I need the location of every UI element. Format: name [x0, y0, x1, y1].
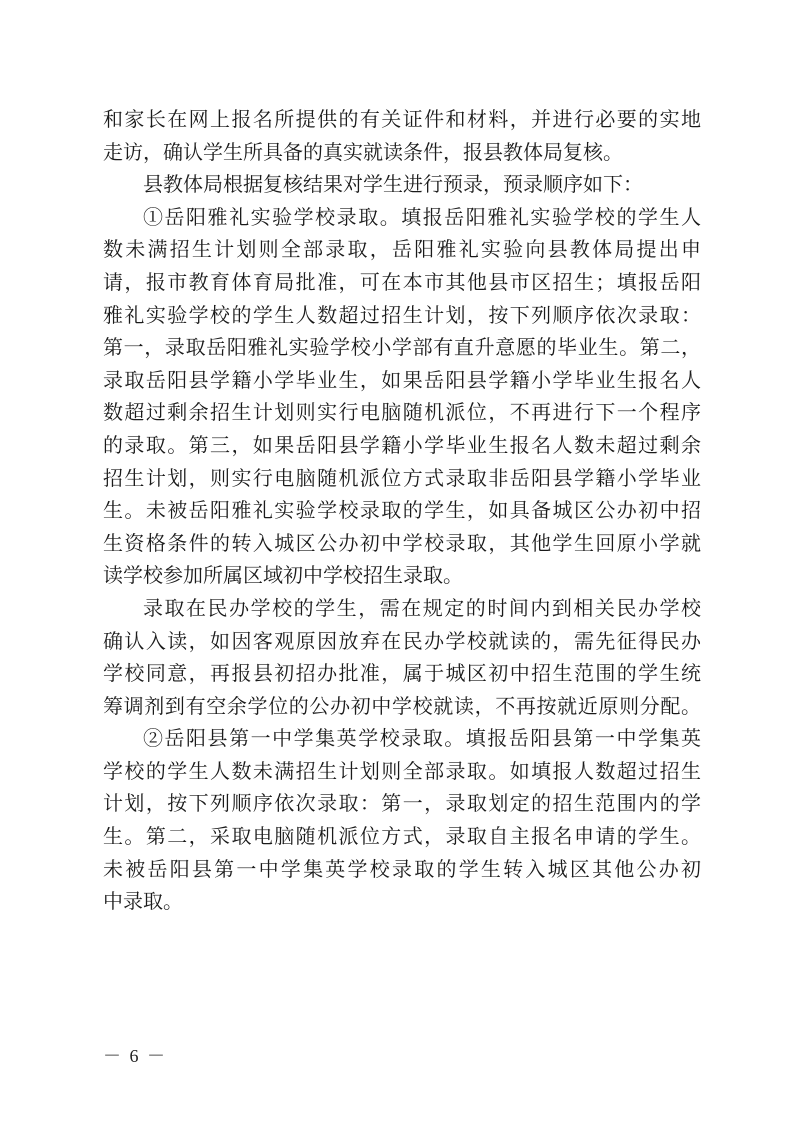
text-line: 确认入读，如因客观原因放弃在民办学校就读的，需先征得民办: [103, 625, 701, 658]
text-line: 第一，录取岳阳雅礼实验学校小学部有直升意愿的毕业生。第二，: [103, 331, 701, 364]
text-line: ①岳阳雅礼实验学校录取。填报岳阳雅礼实验学校的学生人: [103, 201, 701, 234]
text-line: 县教体局根据复核结果对学生进行预录，预录顺序如下：: [103, 168, 701, 201]
paragraph-continuation: 和家长在网上报名所提供的有关证件和材料，并进行必要的实地 走访，确认学生所具备的…: [103, 103, 701, 168]
text-line: 计划，按下列顺序依次录取：第一，录取划定的招生范围内的学: [103, 787, 701, 820]
document-body: 和家长在网上报名所提供的有关证件和材料，并进行必要的实地 走访，确认学生所具备的…: [103, 103, 701, 918]
text-line: 中录取。: [103, 885, 701, 918]
text-line: 数超过剩余招生计划则实行电脑随机派位，不再进行下一个程序: [103, 396, 701, 429]
document-page: 和家长在网上报名所提供的有关证件和材料，并进行必要的实地 走访，确认学生所具备的…: [0, 0, 793, 1122]
text-line: 请，报市教育体育局批准，可在本市其他县市区招生；填报岳阳: [103, 266, 701, 299]
text-line: 数未满招生计划则全部录取，岳阳雅礼实验向县教体局提出申: [103, 233, 701, 266]
text-line: 招生计划，则实行电脑随机派位方式录取非岳阳县学籍小学毕业: [103, 462, 701, 495]
text-line: 录取在民办学校的学生，需在规定的时间内到相关民办学校: [103, 592, 701, 625]
text-line: 生。第二，采取电脑随机派位方式，录取自主报名申请的学生。: [103, 820, 701, 853]
text-line: 走访，确认学生所具备的真实就读条件，报县教体局复核。: [103, 136, 701, 169]
text-line: 录取岳阳县学籍小学毕业生，如果岳阳县学籍小学毕业生报名人: [103, 364, 701, 397]
paragraph-yali-admission: ①岳阳雅礼实验学校录取。填报岳阳雅礼实验学校的学生人 数未满招生计划则全部录取，…: [103, 201, 701, 592]
page-number: － 6 －: [103, 1042, 167, 1068]
text-line: 学校的学生人数未满招生计划则全部录取。如填报人数超过招生: [103, 755, 701, 788]
text-line: 筹调剂到有空余学位的公办初中学校就读，不再按就近原则分配。: [103, 690, 701, 723]
paragraph-jiying-admission: ②岳阳县第一中学集英学校录取。填报岳阳县第一中学集英 学校的学生人数未满招生计划…: [103, 722, 701, 918]
text-line: 未被岳阳县第一中学集英学校录取的学生转入城区其他公办初: [103, 853, 701, 886]
text-line: 生。未被岳阳雅礼实验学校录取的学生，如具备城区公办初中招: [103, 494, 701, 527]
text-line: 生资格条件的转入城区公办初中学校录取，其他学生回原小学就: [103, 527, 701, 560]
paragraph-private-school: 录取在民办学校的学生，需在规定的时间内到相关民办学校 确认入读，如因客观原因放弃…: [103, 592, 701, 722]
text-line: ②岳阳县第一中学集英学校录取。填报岳阳县第一中学集英: [103, 722, 701, 755]
text-line: 和家长在网上报名所提供的有关证件和材料，并进行必要的实地: [103, 103, 701, 136]
text-line: 的录取。第三，如果岳阳县学籍小学毕业生报名人数未超过剩余: [103, 429, 701, 462]
text-line: 学校同意，再报县初招办批准，属于城区初中招生范围的学生统: [103, 657, 701, 690]
text-line: 读学校参加所属区域初中学校招生录取。: [103, 559, 701, 592]
paragraph-preadmission-order: 县教体局根据复核结果对学生进行预录，预录顺序如下：: [103, 168, 701, 201]
text-line: 雅礼实验学校的学生人数超过招生计划，按下列顺序依次录取：: [103, 299, 701, 332]
